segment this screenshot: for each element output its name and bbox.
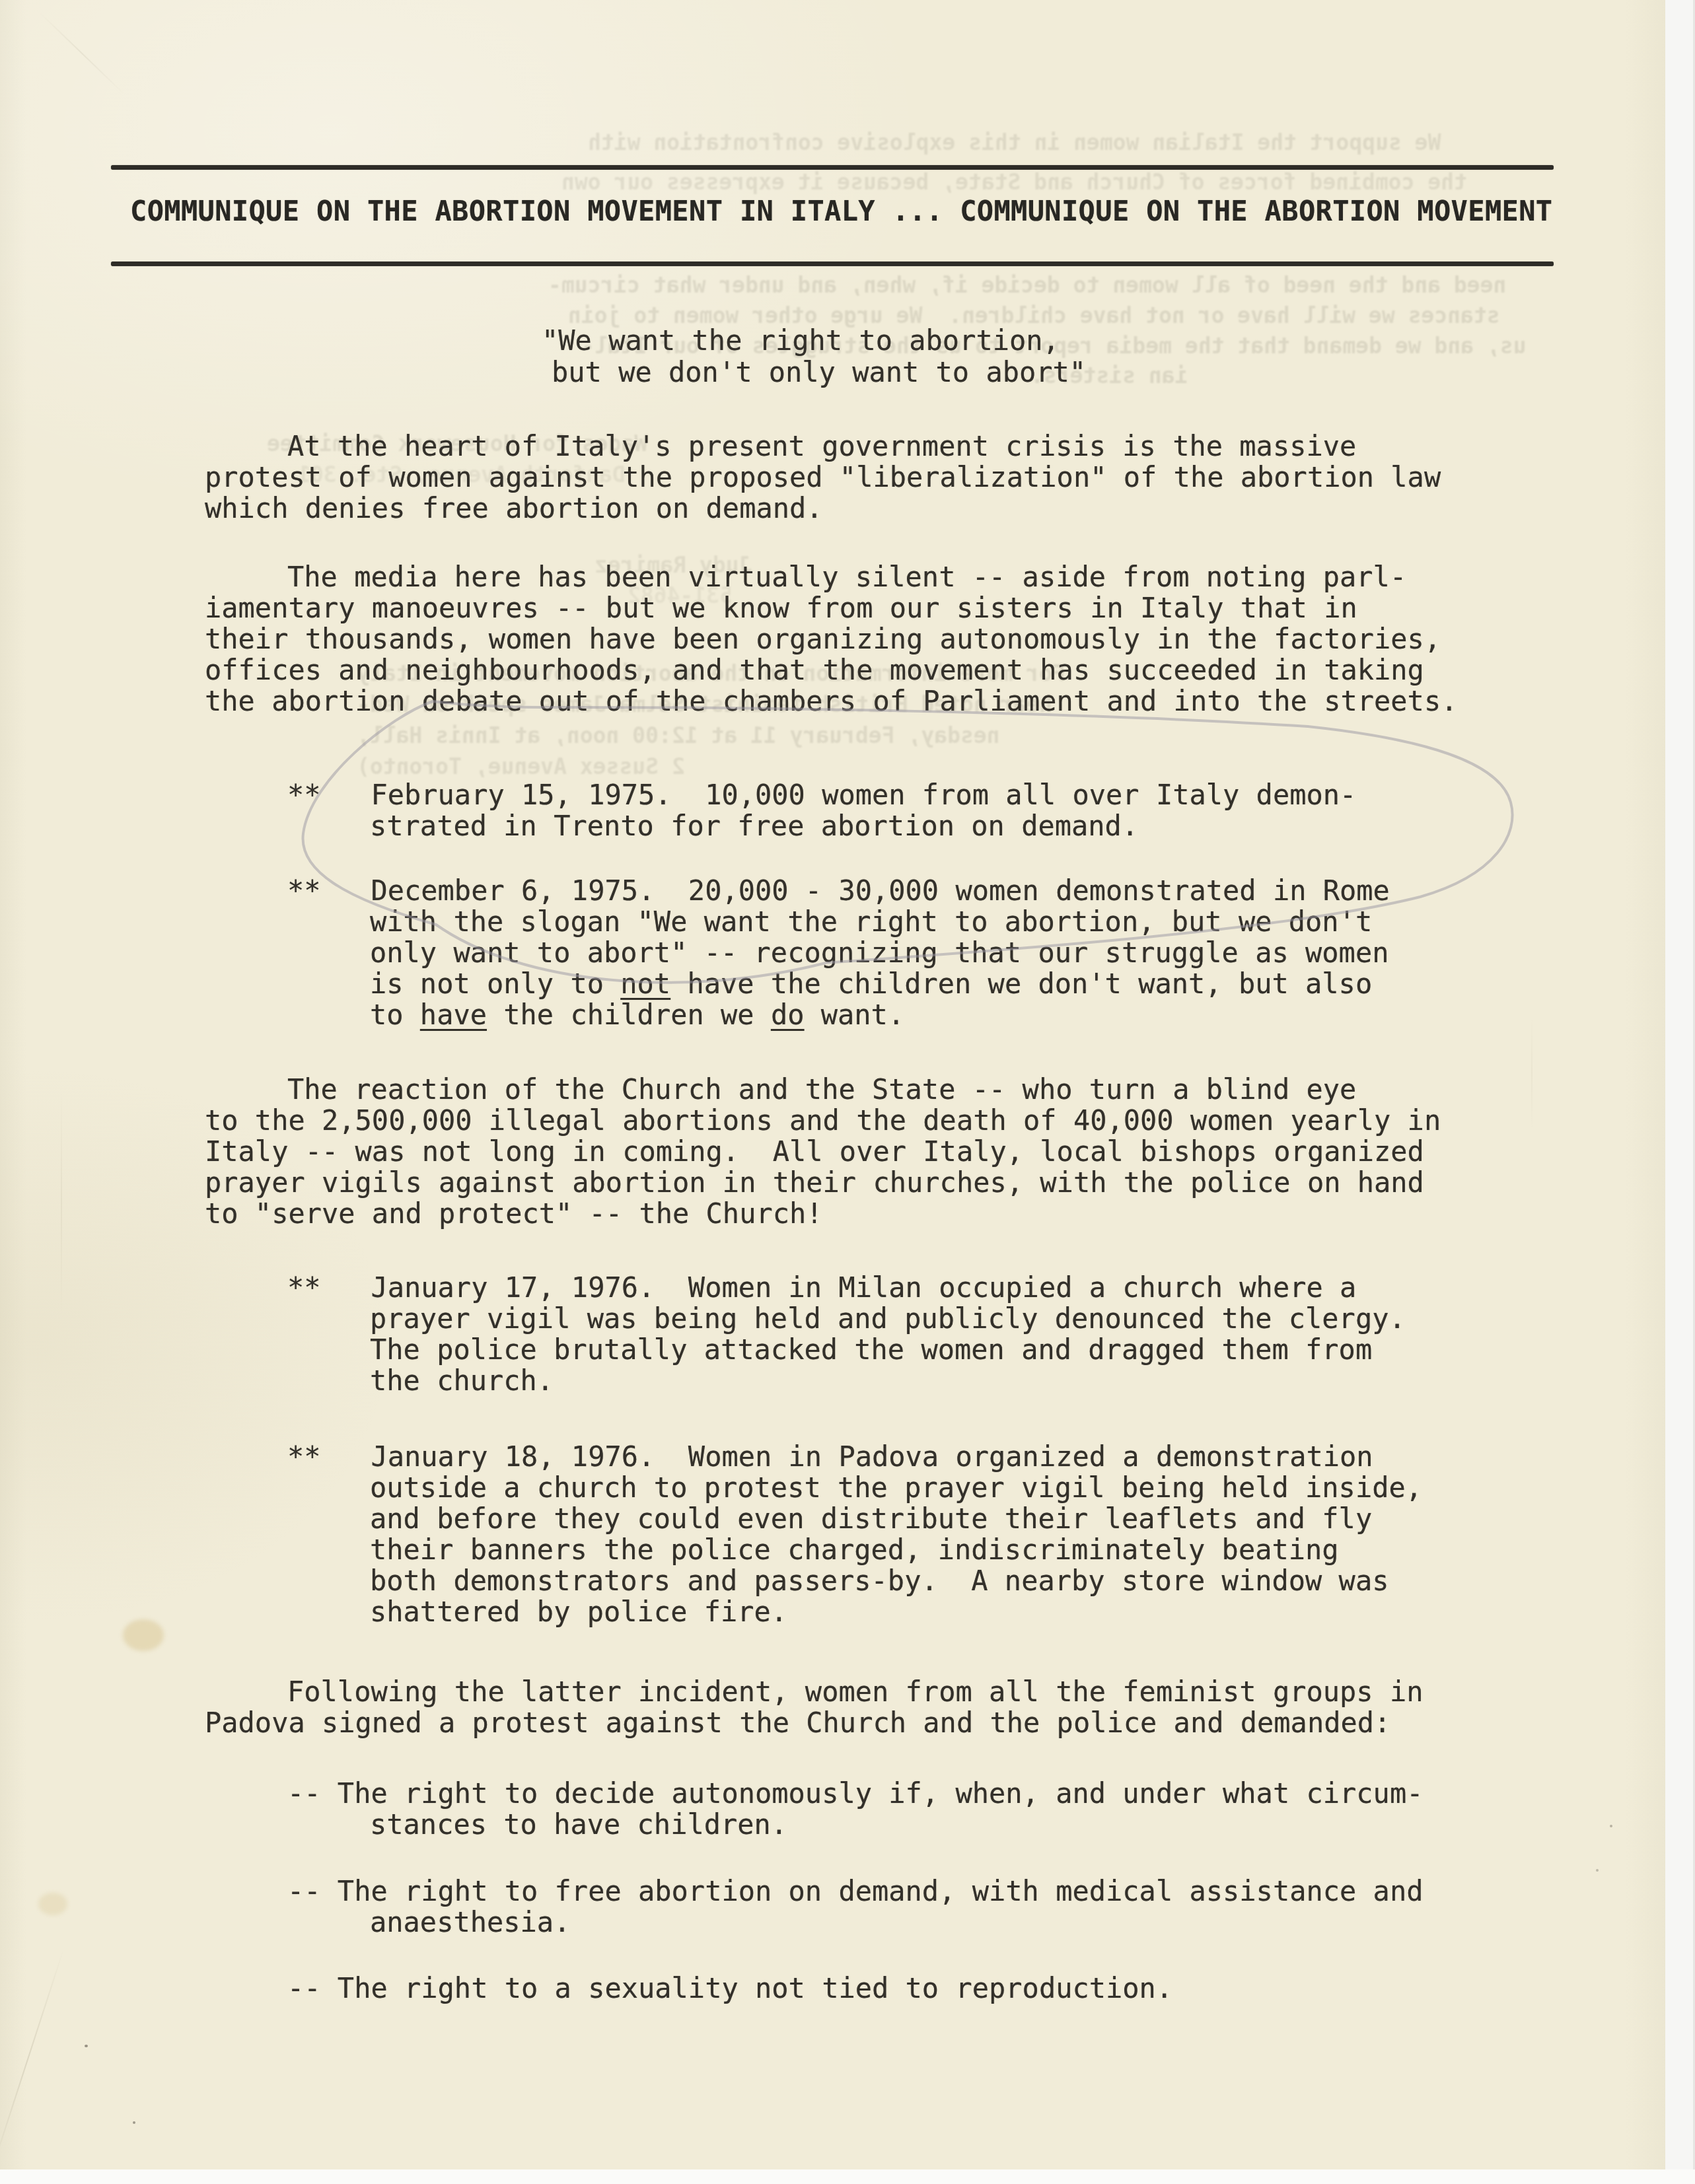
bullet-item-line: the church.: [370, 1365, 554, 1396]
bullet-item-line: The police brutally attacked the women a…: [370, 1334, 1372, 1365]
paper-stain: [123, 1619, 164, 1651]
paragraph-line: The reaction of the Church and the State…: [287, 1074, 1356, 1105]
paragraph-line: the abortion debate out of the chambers …: [205, 686, 1457, 717]
paper-crease: [0, 1950, 64, 2173]
bleedthrough-line: 2 Sussex Avenue, Toronto): [357, 754, 685, 780]
paragraph-line: their thousands, women have been organiz…: [205, 623, 1441, 654]
paragraph-line: Following the latter incident, women fro…: [287, 1676, 1423, 1707]
bullet-item-line: only want to abort" -- recognizing that …: [370, 937, 1388, 968]
bleedthrough-line: the combined forces of Church and State,…: [561, 169, 1467, 195]
bullet-item-line: outside a church to protest the prayer v…: [370, 1472, 1422, 1503]
quote-line: "We want the right to abortion,: [542, 325, 1060, 356]
quote-line: but we don't only want to abort": [552, 357, 1086, 388]
bullet-item-line: ** December 6, 1975. 20,000 - 30,000 wom…: [287, 875, 1390, 906]
paragraph-line: to "serve and protect" -- the Church!: [205, 1198, 823, 1229]
paper-crease: [38, 11, 125, 94]
ink-speck: [133, 2121, 135, 2124]
bullet-item-line: strated in Trento for free abortion on d…: [370, 810, 1138, 841]
bleedthrough-line: need and the need of all women to decide…: [548, 272, 1506, 299]
header-rule-bottom: [111, 262, 1554, 266]
bullet-item-line: their banners the police charged, indisc…: [370, 1534, 1339, 1565]
paper-crease: [61, 1090, 62, 1314]
ink-speck: [85, 2045, 88, 2047]
paragraph-line: iamentary manoeuvres -- but we know from…: [205, 592, 1357, 623]
paper-sheet: We support the Italian women in this exp…: [0, 0, 1667, 2169]
bullet-item-line: prayer vigil was being held and publicly…: [370, 1303, 1406, 1334]
paragraph-line: The media here has been virtually silent…: [287, 561, 1406, 592]
scanner-background-bottom: [0, 2169, 1695, 2184]
paper-stain: [38, 1893, 67, 1915]
bullet-item-line: is not only to not have the children we …: [370, 968, 1372, 999]
paragraph-line: which denies free abortion on demand.: [205, 493, 823, 524]
paragraph-line: protest of women against the proposed "l…: [205, 462, 1441, 493]
ink-speck: [1610, 1825, 1612, 1827]
demand-line: -- The right to a sexuality not tied to …: [287, 1973, 1172, 2004]
bullet-item-line: to have the children we do want.: [370, 999, 904, 1030]
header-rule-top: [111, 165, 1554, 170]
bullet-item-line: both demonstrators and passers-by. A nea…: [370, 1565, 1388, 1596]
paragraph-line: Italy -- was not long in coming. All ove…: [205, 1136, 1424, 1167]
bullet-item-line: shattered by police fire.: [370, 1596, 787, 1627]
scanner-background-right: [1665, 0, 1695, 2184]
bullet-item-line: with the slogan "We want the right to ab…: [370, 906, 1372, 937]
scanned-page: We support the Italian women in this exp…: [0, 0, 1695, 2184]
paragraph-line: offices and neighbourhoods, and that the…: [205, 654, 1424, 686]
bullet-item-line: ** January 18, 1976. Women in Padova org…: [287, 1441, 1373, 1472]
paper-crease: [1531, 1017, 1533, 1129]
paragraph-line: At the heart of Italy's present governme…: [287, 431, 1356, 462]
bleedthrough-line: We support the Italian women in this exp…: [588, 129, 1441, 156]
bullet-item-line: and before they could even distribute th…: [370, 1503, 1372, 1534]
ink-speck: [1596, 1869, 1599, 1872]
paragraph-line: to the 2,500,000 illegal abortions and t…: [205, 1105, 1441, 1136]
page-header-title: COMMUNIQUE ON THE ABORTION MOVEMENT IN I…: [130, 195, 1552, 227]
paragraph-line: prayer vigils against abortion in their …: [205, 1167, 1424, 1198]
demand-line: anaesthesia.: [370, 1907, 570, 1938]
bullet-item-line: ** January 17, 1976. Women in Milan occu…: [287, 1272, 1356, 1303]
demand-line: stances to have children.: [370, 1809, 787, 1840]
demand-line: -- The right to free abortion on demand,…: [287, 1876, 1423, 1907]
demand-line: -- The right to decide autonomously if, …: [287, 1778, 1423, 1809]
bleedthrough-line: nesday, February 11 at 12:00 noon, at In…: [357, 722, 1000, 749]
bullet-item-line: ** February 15, 1975. 10,000 women from …: [287, 779, 1356, 810]
paragraph-line: Padova signed a protest against the Chur…: [205, 1707, 1390, 1738]
